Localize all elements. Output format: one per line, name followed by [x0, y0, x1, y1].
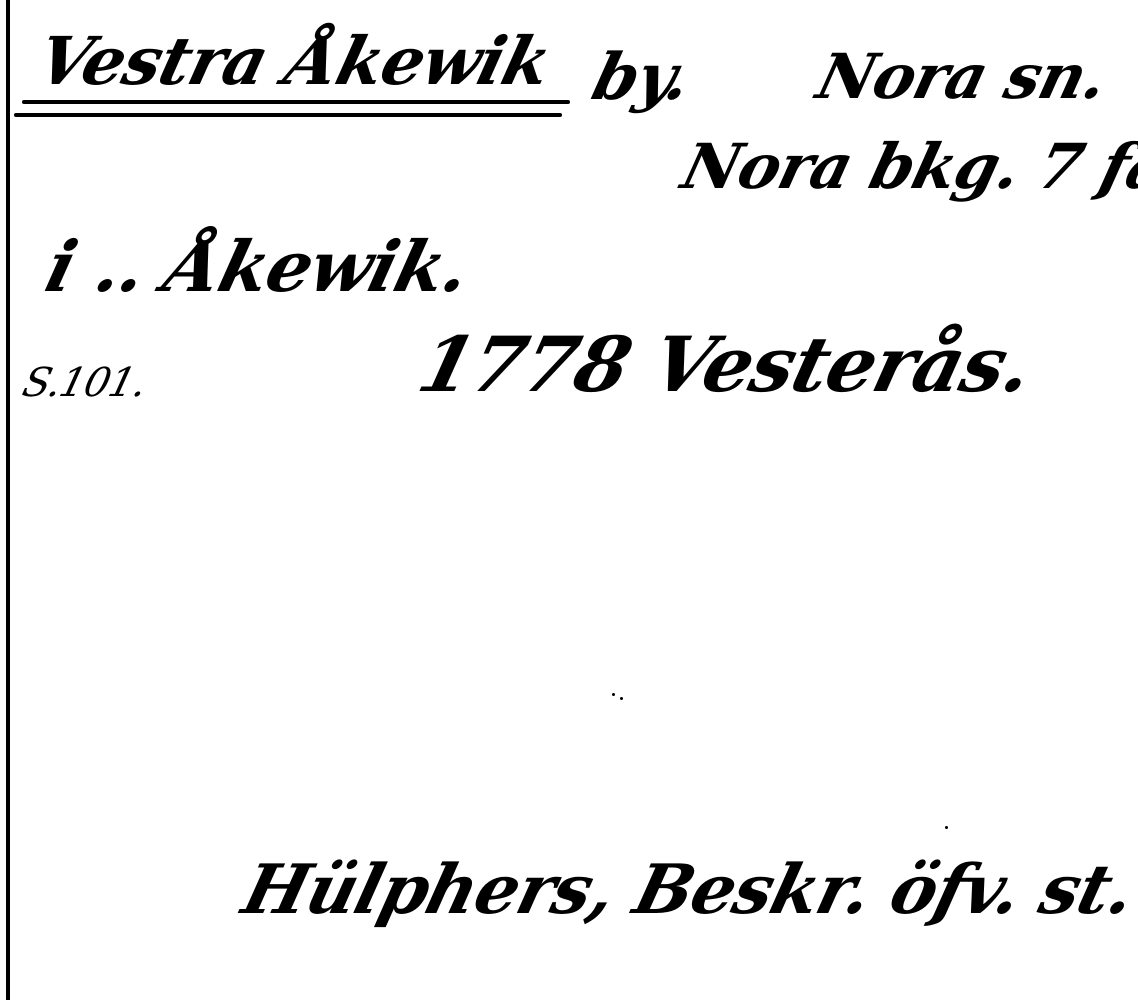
scan-speck — [945, 826, 948, 829]
scan-speck — [620, 697, 623, 700]
parish-label: Nora sn. — [810, 40, 1114, 113]
title-underline — [22, 100, 570, 104]
farm-line: i .. Åkewik. — [38, 225, 478, 308]
source-citation: Hülphers, Beskr. öfv. st. I — [235, 850, 1138, 930]
index-card: Vestra Åkewik by. Nora sn. Nora bkg. 7 f… — [0, 0, 1138, 1000]
year-place: 1778 Vesterås. — [410, 320, 1041, 409]
district-label: Nora bkg. 7 fät. — [675, 130, 1138, 203]
title-suffix: by. — [585, 40, 698, 115]
title-double-underline — [14, 113, 562, 117]
left-margin-line — [6, 0, 10, 1000]
page-reference: S.101. — [18, 360, 151, 406]
scan-speck — [612, 693, 615, 696]
place-title: Vestra Åkewik — [30, 22, 558, 100]
